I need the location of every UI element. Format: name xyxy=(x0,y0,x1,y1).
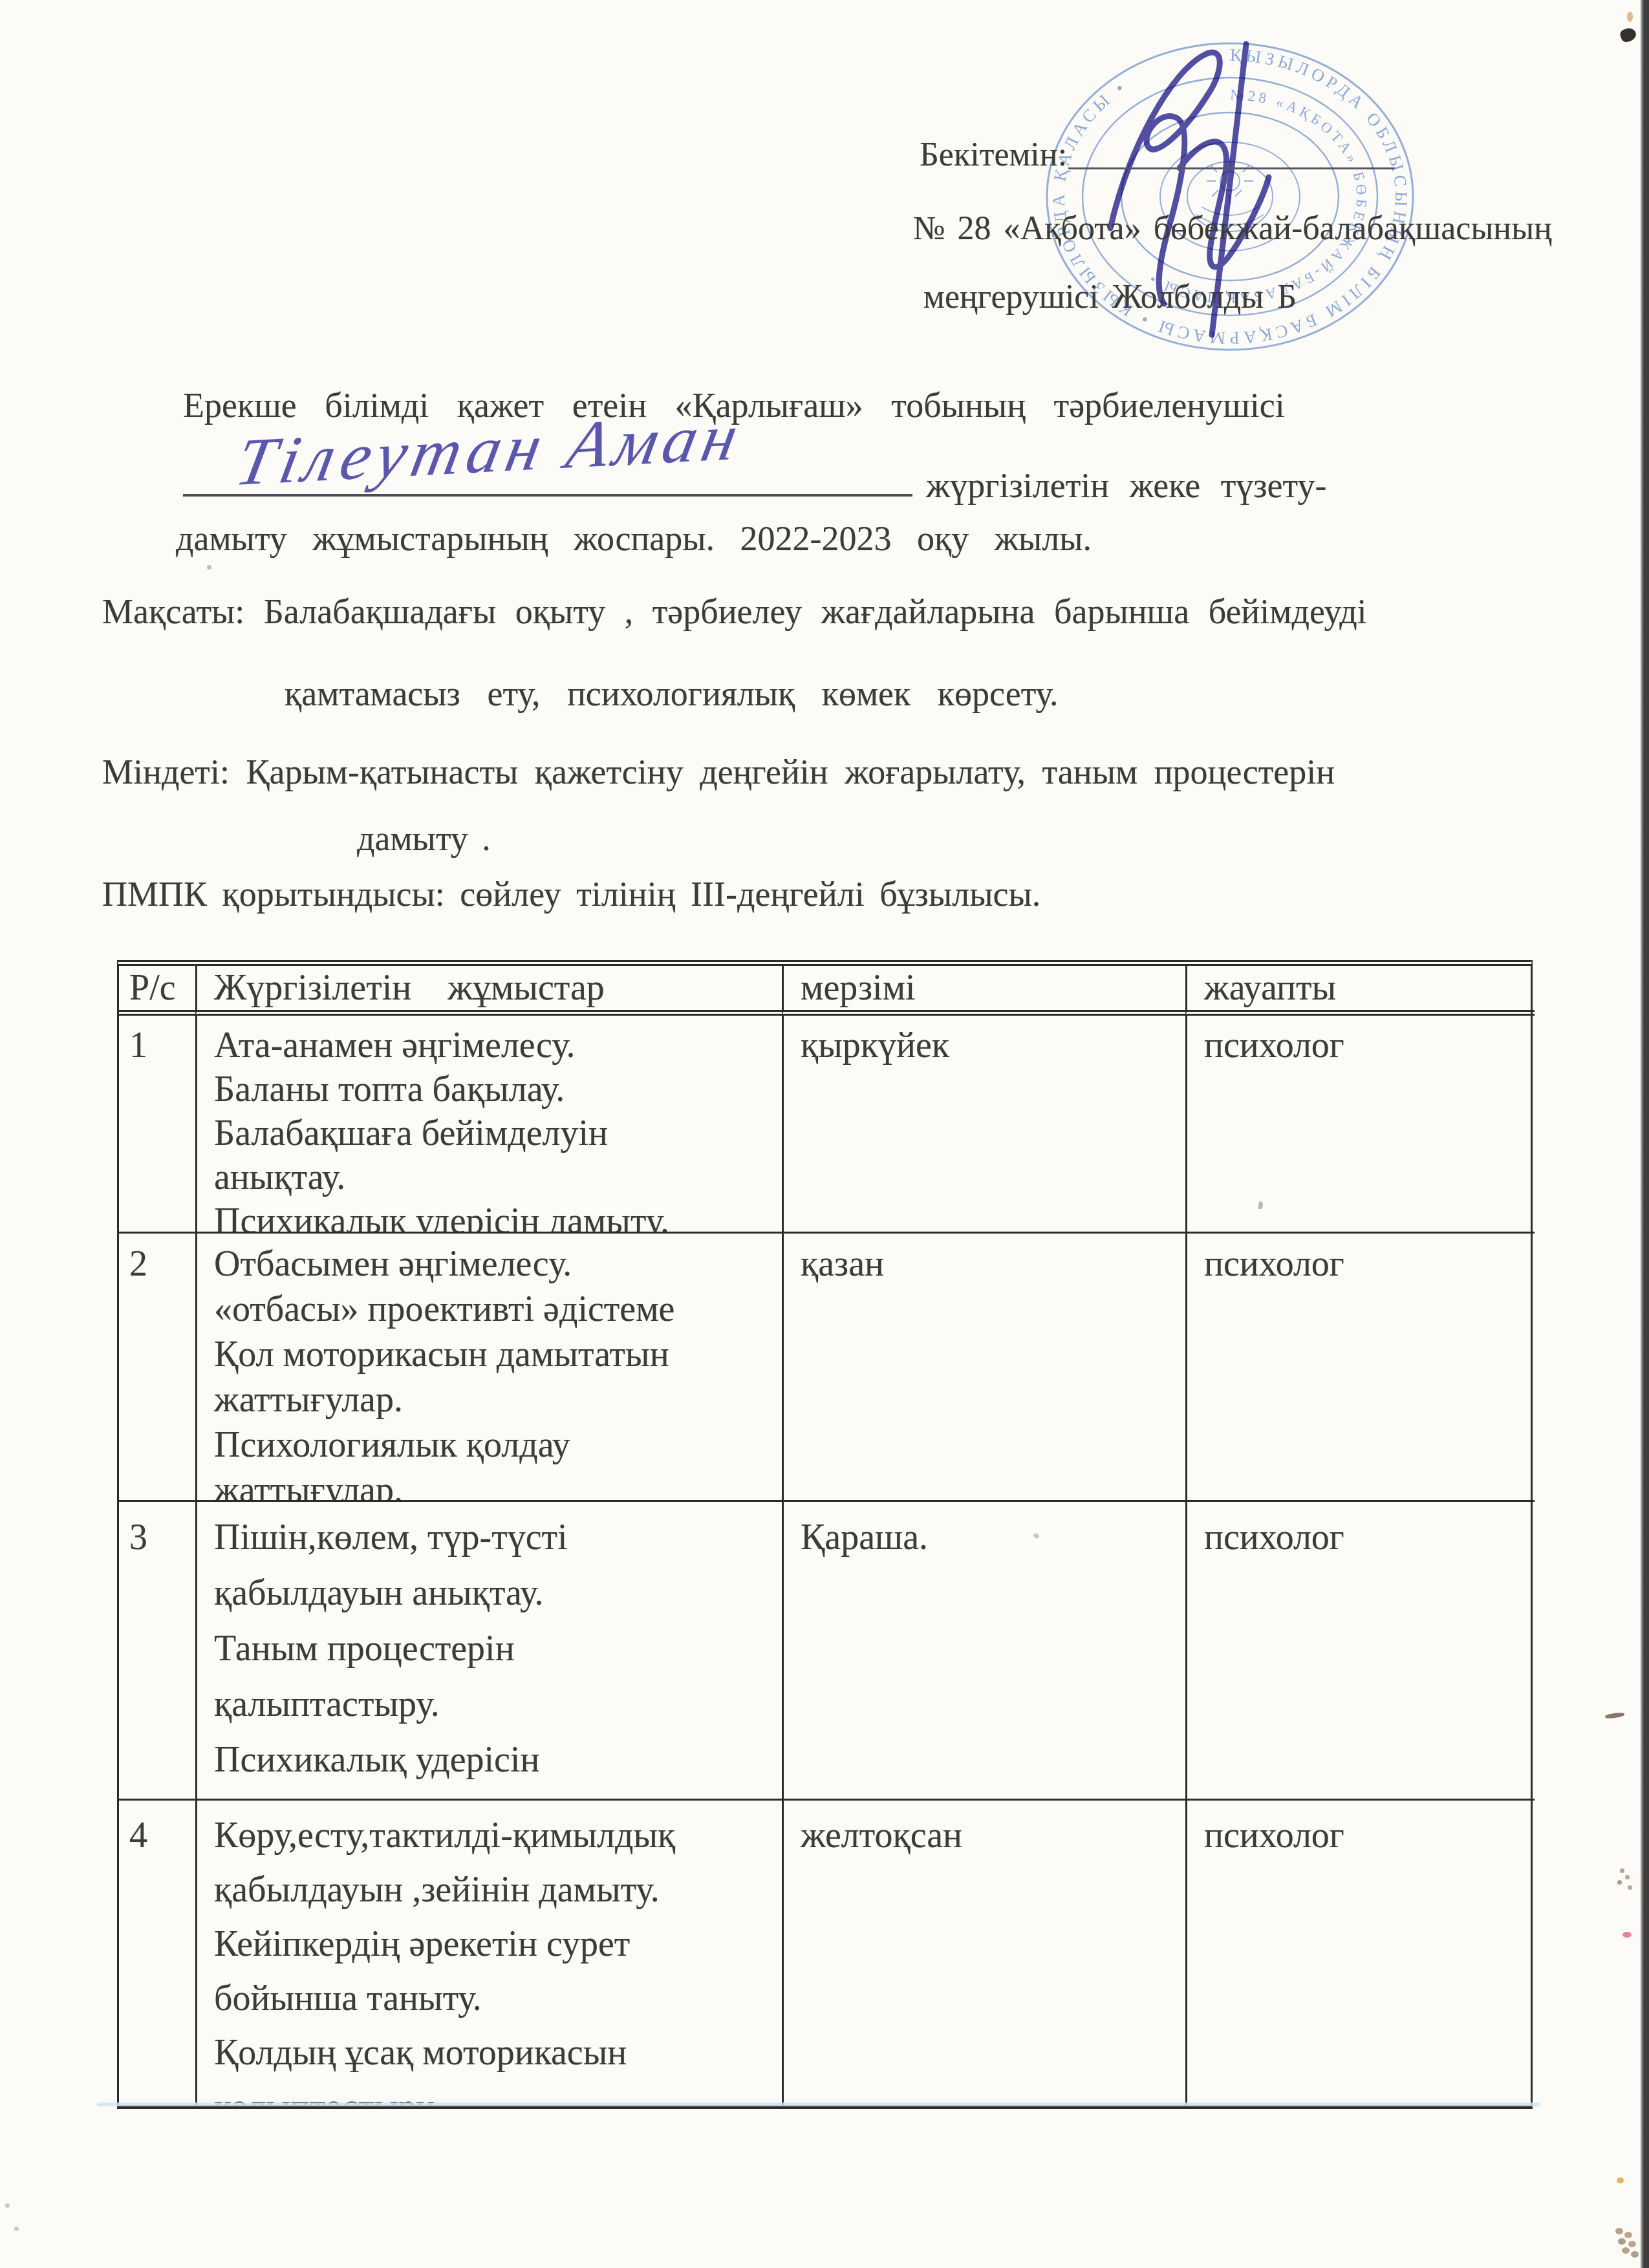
header-cell-number: Р/с xyxy=(119,966,195,1016)
works-cell: Ата-анамен әңгімелесу. Баланы топта бақы… xyxy=(195,1016,782,1234)
works-cell: Пішін,көлем, түр-түсті қабылдауын анықта… xyxy=(195,1502,782,1801)
work-line: қабылдауын ,зейінін дамыту. xyxy=(214,1863,777,1917)
scan-speck xyxy=(1620,1868,1624,1873)
scan-speck xyxy=(5,2203,10,2208)
work-line: Пішін,көлем, түр-түсті xyxy=(214,1510,777,1565)
scan-tint-line xyxy=(97,2102,1540,2106)
row-number: 1 xyxy=(119,1016,195,1234)
goal-line-1: Мақсаты: Балабақшадағы оқыту , тәрбиелеу… xyxy=(102,592,1367,632)
org-name-line: № 28 «Ақбота» бөбекжай-балабақшасының xyxy=(913,209,1552,248)
schedule-table: Р/с Жүргізілетін жұмыстар мерзімі жауапт… xyxy=(117,960,1533,2109)
scan-speck xyxy=(14,2227,19,2231)
name-underline xyxy=(183,494,912,497)
work-line: калыптастыру xyxy=(214,1788,777,1801)
responsible-cell: психолог xyxy=(1185,1801,1535,2105)
header-cell-term: мерзімі xyxy=(782,966,1185,1016)
work-line: Психикалық удерісін xyxy=(214,1732,777,1788)
works-cell: Көру,есту,тактилді-қимылдық қабылдауын ,… xyxy=(195,1801,782,2105)
intro-line-2: жүргізілетін жеке түзету- xyxy=(926,465,1326,506)
term-cell: желтоқсан xyxy=(782,1801,1185,2105)
pmpk-line: ПМПК қорытындысы: сөйлеу тілінің ІІІ-дең… xyxy=(102,874,1040,914)
work-line: қабылдауын анықтау. xyxy=(214,1565,777,1621)
director-line: меңгерушісі Жолболды Б xyxy=(923,278,1297,316)
work-line: Психологиялык қолдау xyxy=(214,1422,777,1468)
work-line: Таным процестерін xyxy=(214,1621,777,1676)
approval-underline xyxy=(1068,167,1395,169)
responsible-cell: психолог xyxy=(1185,1016,1535,1234)
work-line: Психикалық удерісін дамыту. xyxy=(214,1199,777,1234)
work-line: «отбасы» проективті әдістеме xyxy=(214,1287,777,1332)
work-line: Отбасымен әңгімелесу. xyxy=(214,1241,777,1287)
work-line: жаттығулар. xyxy=(214,1377,777,1422)
scan-speck xyxy=(1627,12,1633,22)
term-cell: Қараша. xyxy=(782,1502,1185,1801)
responsible-cell: психолог xyxy=(1185,1502,1535,1801)
task-line-2: дамыту . xyxy=(357,818,491,859)
responsible-cell: психолог xyxy=(1185,1234,1535,1502)
works-cell: Отбасымен әңгімелесу. «отбасы» проективт… xyxy=(195,1234,782,1502)
scan-speck xyxy=(1605,1712,1625,1719)
work-line: Кейіпкердің әрекетін сурет xyxy=(214,1917,777,1971)
scanned-document-page: ҚЫЗЫЛОРДА ОБЛЫСЫНЫҢ БІЛІМ БАСҚАРМАСЫ • Қ… xyxy=(0,0,1649,2268)
approval-label: Бекітемін: xyxy=(920,136,1067,174)
row-number: 2 xyxy=(119,1234,195,1502)
work-line: бойынша таныту. xyxy=(214,1971,777,2026)
row-number: 3 xyxy=(119,1502,195,1801)
intro-line-3: дамыту жұмыстарының жоспары. 2022-2023 о… xyxy=(176,519,1092,559)
work-line: Қол моторикасын дамытатын xyxy=(214,1332,777,1377)
signature xyxy=(1049,31,1353,367)
scan-speck xyxy=(1619,26,1637,43)
row-number: 4 xyxy=(119,1801,195,2105)
term-cell: қыркүйек xyxy=(782,1016,1185,1234)
work-line: анықтау. xyxy=(214,1155,777,1199)
header-cell-responsible: жауапты xyxy=(1185,966,1535,1016)
scan-speck xyxy=(1615,2228,1623,2234)
work-line: Қолдың ұсақ моторикасын xyxy=(214,2026,777,2080)
work-line: Ата-анамен әңгімелесу. xyxy=(214,1023,777,1067)
task-line-1: Міндеті: Қарым-қатынасты қажетсіну деңге… xyxy=(102,752,1335,792)
work-line: жаттығулар. xyxy=(214,1468,777,1502)
header-cell-works: Жүргізілетін жұмыстар xyxy=(195,966,782,1016)
scan-speck xyxy=(207,565,211,570)
term-cell: қазан xyxy=(782,1234,1185,1502)
scan-speck xyxy=(1617,2177,1624,2183)
work-line: Балабақшаға бейімделуін xyxy=(214,1111,777,1155)
scan-speck xyxy=(1258,1201,1263,1209)
work-line: Көру,есту,тактилді-қимылдық xyxy=(214,1808,777,1863)
work-line: Баланы топта бақылау. xyxy=(214,1067,777,1111)
work-line: қалыптастыру. xyxy=(214,2080,777,2105)
scan-speck xyxy=(1622,1932,1632,1938)
work-line: қалыптастыру. xyxy=(214,1676,777,1732)
goal-line-2: қамтамасыз ету, психологиялық көмек көрс… xyxy=(285,674,1059,714)
scan-edge-strip xyxy=(1640,0,1649,2268)
